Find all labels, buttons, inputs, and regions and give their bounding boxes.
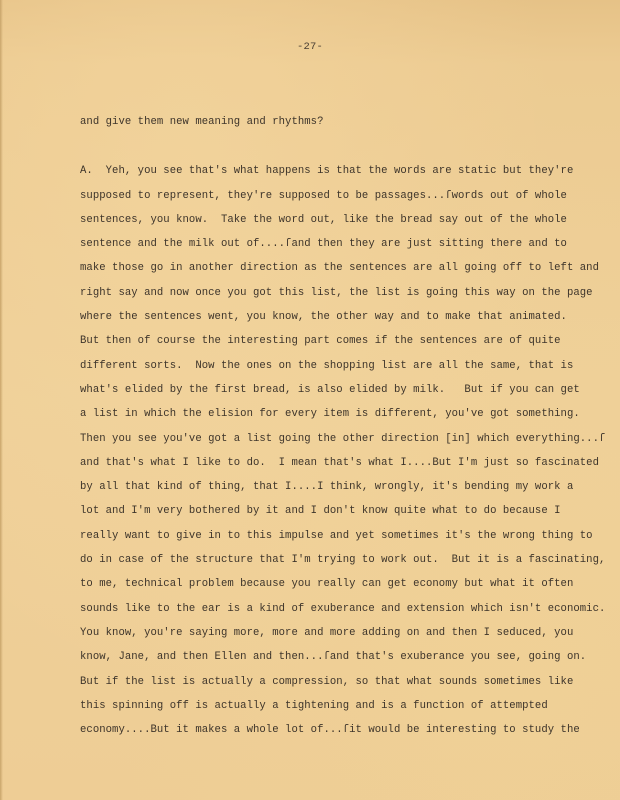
text-line: sentences, you know. Take the word out, … (80, 208, 610, 232)
typewritten-page: -27- and give them new meaning and rhyth… (0, 0, 620, 800)
answer-paragraph: A. Yeh, you see that's what happens is t… (80, 159, 610, 742)
text-line: sentence and the milk out of....ſand the… (80, 232, 610, 256)
text-line: sounds like to the ear is a kind of exub… (80, 597, 610, 621)
text-line: by all that kind of thing, that I....I t… (80, 475, 610, 499)
text-line: make those go in another direction as th… (80, 256, 610, 280)
text-line: to me, technical problem because you rea… (80, 572, 610, 596)
text-line: know, Jane, and then Ellen and then...ſa… (80, 645, 610, 669)
text-line: this spinning off is actually a tighteni… (80, 694, 610, 718)
text-line: supposed to represent, they're supposed … (80, 184, 610, 208)
text-line: lot and I'm very bothered by it and I do… (80, 499, 610, 523)
text-line: do in case of the structure that I'm try… (80, 548, 610, 572)
transcript-body: and give them new meaning and rhythms? A… (80, 110, 610, 742)
text-line: a list in which the elision for every it… (80, 402, 610, 426)
text-line: Then you see you've got a list going the… (80, 427, 610, 451)
text-line: economy....But it makes a whole lot of..… (80, 718, 610, 742)
text-line: But if the list is actually a compressio… (80, 670, 610, 694)
text-line: what's elided by the first bread, is als… (80, 378, 610, 402)
text-line: different sorts. Now the ones on the sho… (80, 354, 610, 378)
text-line: and that's what I like to do. I mean tha… (80, 451, 610, 475)
text-line: where the sentences went, you know, the … (80, 305, 610, 329)
text-line: But then of course the interesting part … (80, 329, 610, 353)
text-line: You know, you're saying more, more and m… (80, 621, 610, 645)
paragraph-gap (80, 134, 610, 159)
text-line: right say and now once you got this list… (80, 281, 610, 305)
question-continuation: and give them new meaning and rhythms? (80, 110, 610, 134)
text-line: really want to give in to this impulse a… (80, 524, 610, 548)
page-number: -27- (0, 41, 620, 53)
text-line: A. Yeh, you see that's what happens is t… (80, 159, 610, 183)
